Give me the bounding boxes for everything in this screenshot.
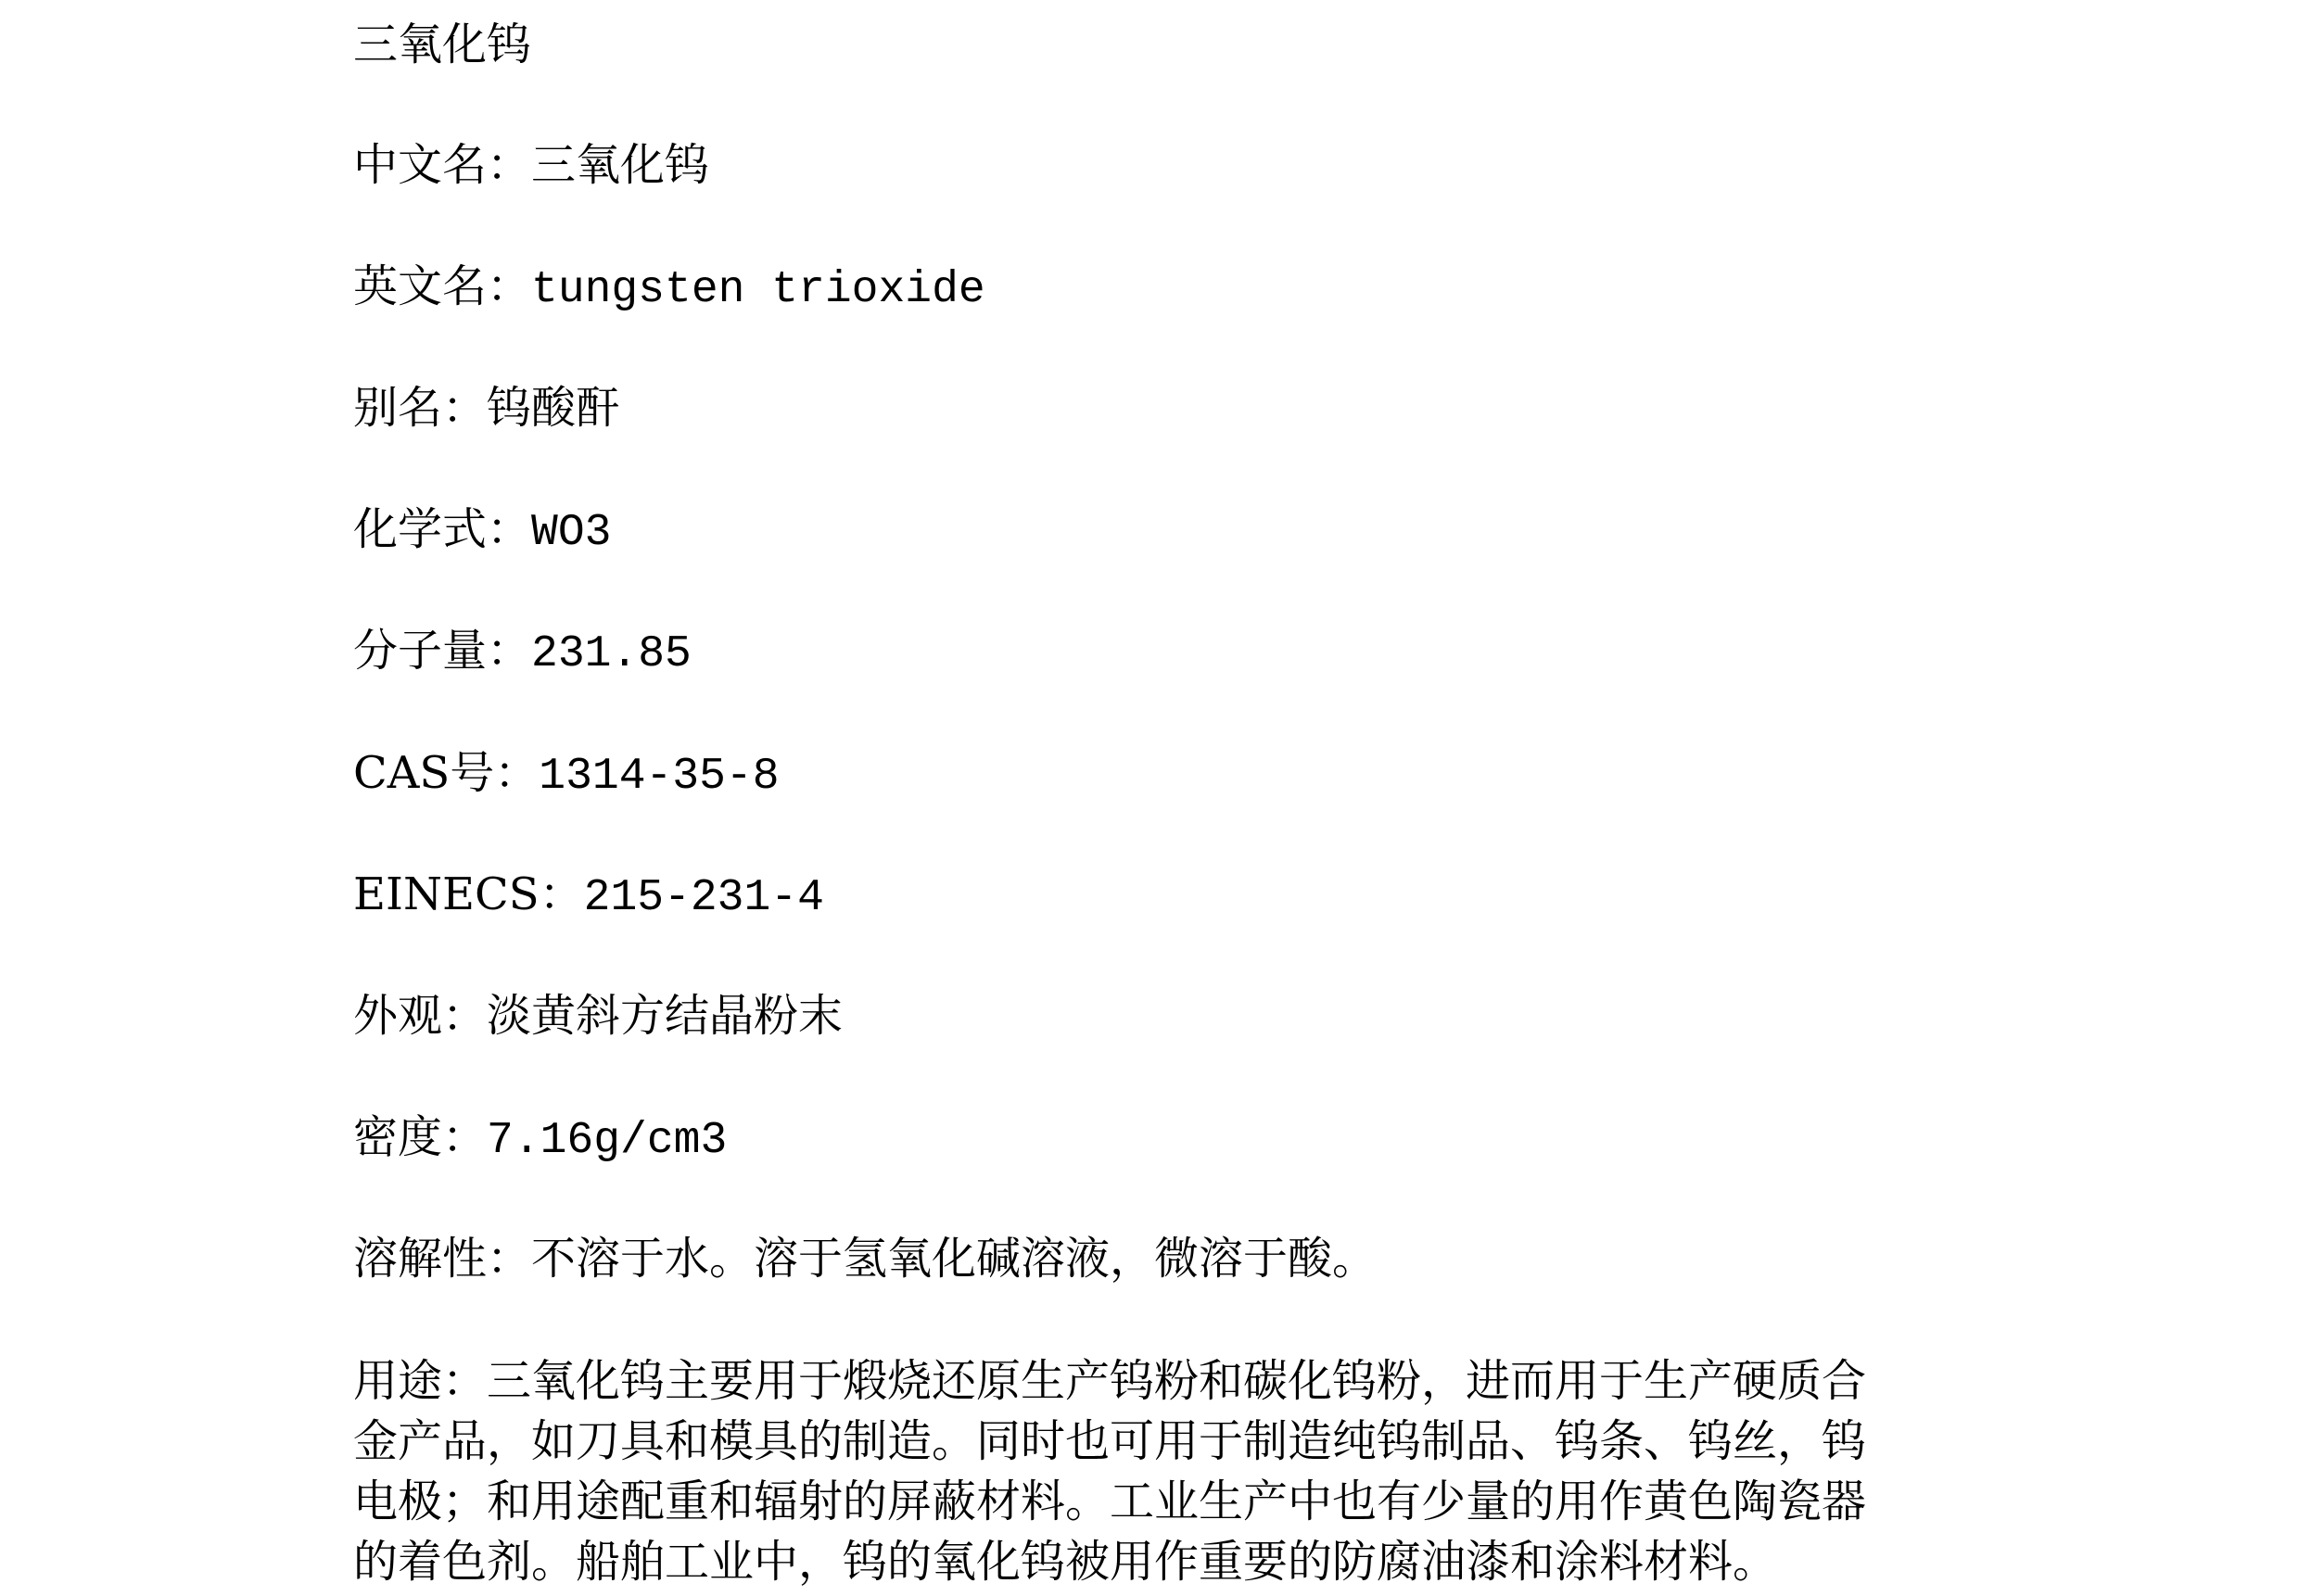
field-label: 分子量： bbox=[353, 625, 531, 677]
usage-line-2: 金产品，如刀具和模具的制造。同时也可用于制造纯钨制品、钨条、钨丝，钨 bbox=[353, 1412, 1957, 1472]
field-molecular-weight: 分子量：231.85 bbox=[353, 621, 692, 685]
field-formula: 化学式：WO3 bbox=[353, 500, 611, 564]
field-density: 密度：7.16g/cm3 bbox=[353, 1108, 727, 1172]
field-value: 231.85 bbox=[531, 629, 692, 679]
field-label: 外观： bbox=[353, 990, 487, 1042]
field-value: 1314-35-8 bbox=[539, 752, 779, 802]
field-value: 三氧化钨 bbox=[531, 139, 709, 191]
field-alias: 别名：钨酸酐 bbox=[353, 378, 620, 438]
field-label: 英文名： bbox=[353, 260, 531, 312]
field-value: 钨酸酐 bbox=[487, 382, 620, 434]
field-value: 7.16g/cm3 bbox=[487, 1116, 727, 1166]
field-value: WO3 bbox=[531, 508, 611, 558]
field-english-name: 英文名：tungsten trioxide bbox=[353, 257, 985, 321]
field-label: EINECS： bbox=[353, 868, 584, 920]
usage-paragraph: 用途：三氧化钨主要用于煅烧还原生产钨粉和碳化钨粉，进而用于生产硬质合 金产品，如… bbox=[353, 1351, 1957, 1592]
field-chinese-name: 中文名：三氧化钨 bbox=[353, 135, 709, 196]
usage-label: 用途： bbox=[353, 1355, 487, 1407]
field-einecs: EINECS：215-231-4 bbox=[353, 865, 824, 929]
document-title: 三氧化钨 bbox=[353, 15, 531, 75]
field-label: 密度： bbox=[353, 1111, 487, 1163]
usage-line-3: 电极；和用途配重和辐射的屏蔽材料。工业生产中也有少量的用作黄色陶瓷器 bbox=[353, 1472, 1957, 1532]
field-value: tungsten trioxide bbox=[531, 265, 985, 315]
field-value: 不溶于水。溶于氢氧化碱溶液，微溶于酸。 bbox=[531, 1233, 1377, 1285]
field-label: 别名： bbox=[353, 382, 487, 434]
field-label: 中文名： bbox=[353, 139, 531, 191]
usage-line-1: 用途：三氧化钨主要用于煅烧还原生产钨粉和碳化钨粉，进而用于生产硬质合 bbox=[353, 1351, 1957, 1412]
field-solubility: 溶解性：不溶于水。溶于氢氧化碱溶液，微溶于酸。 bbox=[353, 1229, 1377, 1289]
field-label: 溶解性： bbox=[353, 1233, 531, 1285]
field-value: 215-231-4 bbox=[584, 873, 824, 923]
field-value: 淡黄斜方结晶粉末 bbox=[487, 990, 843, 1042]
field-appearance: 外观：淡黄斜方结晶粉末 bbox=[353, 986, 843, 1046]
field-label: 化学式： bbox=[353, 503, 531, 555]
field-label: CAS号： bbox=[353, 747, 539, 799]
usage-line-4: 的着色剂。船舶工业中，钨的氧化钨被用作重要的防腐油漆和涂料材料。 bbox=[353, 1532, 1957, 1592]
field-cas-number: CAS号：1314-35-8 bbox=[353, 743, 780, 807]
